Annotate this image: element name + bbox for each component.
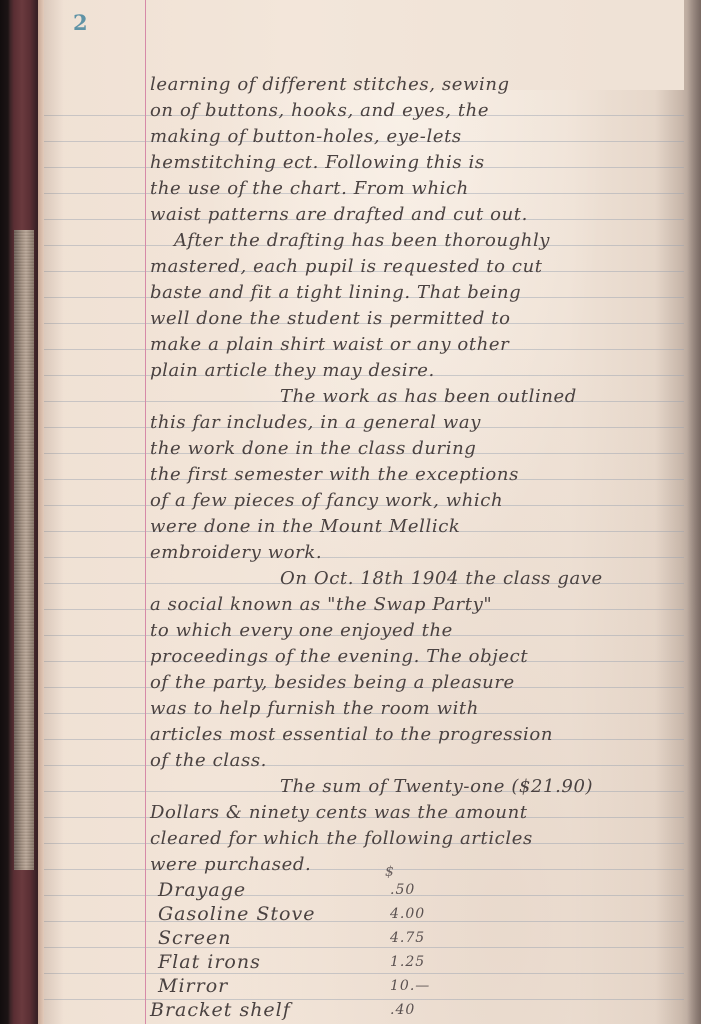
text-line: learning of different stitches, sewing <box>150 72 690 98</box>
ledger-amount: 4.75 <box>390 926 425 950</box>
text-line: cleared for which the following articles <box>150 826 690 852</box>
text-line: the first semester with the exceptions <box>150 462 690 488</box>
ledger-item: Flat irons <box>158 950 261 974</box>
text-line: baste and fit a tight lining. That being <box>150 280 690 306</box>
text-line: of the party, besides being a pleasure <box>150 670 690 696</box>
text-line: On Oct. 18th 1904 the class gave <box>150 566 690 592</box>
ledger-amount: .40 <box>390 998 415 1022</box>
text-line: of a few pieces of fancy work, which <box>150 488 690 514</box>
text-line: of the class. <box>150 748 690 774</box>
text-line: making of button-holes, eye-lets <box>150 124 690 150</box>
margin-line <box>145 0 146 1024</box>
text-line: this far includes, in a general way <box>150 410 690 436</box>
ledger-item: Mirror <box>158 974 228 998</box>
text-line: proceedings of the evening. The object <box>150 644 690 670</box>
ledger-row: Drayage .50 <box>150 878 450 902</box>
text-line: The sum of Twenty-one ($21.90) <box>150 774 690 800</box>
text-line: plain article they may desire. <box>150 358 690 384</box>
gutter-shadow <box>44 0 64 1024</box>
text-line: make a plain shirt waist or any other <box>150 332 690 358</box>
ledger-amount: 4.00 <box>390 902 425 926</box>
handwritten-text: learning of different stitches, sewing o… <box>150 72 690 878</box>
ledger-item: Gasoline Stove <box>158 902 315 926</box>
ledger-item: Drayage <box>158 878 246 902</box>
ledger-item: Screen <box>158 926 231 950</box>
text-line: was to help furnish the room with <box>150 696 690 722</box>
text-line: The work as has been outlined <box>150 384 690 410</box>
page-number: 2 <box>73 10 88 35</box>
text-line: were purchased. <box>150 852 690 878</box>
text-line: hemstitching ect. Following this is <box>150 150 690 176</box>
ledger-amount: 10.— <box>390 974 430 998</box>
ledger-row: Mirror 10.— <box>150 974 450 998</box>
text-line: the use of the chart. From which <box>150 176 690 202</box>
expense-ledger: $ Drayage .50 Gasoline Stove 4.00 Screen… <box>150 878 450 1022</box>
binding-cloth-spine <box>14 230 34 870</box>
ledger-item: Bracket shelf <box>150 998 291 1022</box>
notebook-page-photo: 2 learning of different stitches, sewing… <box>0 0 701 1024</box>
text-line: to which every one enjoyed the <box>150 618 690 644</box>
text-line: embroidery work. <box>150 540 690 566</box>
text-line: a social known as "the Swap Party" <box>150 592 690 618</box>
ledger-row: Screen 4.75 <box>150 926 450 950</box>
ledger-amount: .50 <box>390 878 415 902</box>
text-line: were done in the Mount Mellick <box>150 514 690 540</box>
ledger-amount: 1.25 <box>390 950 425 974</box>
ledger-row: Gasoline Stove 4.00 <box>150 902 450 926</box>
text-line: After the drafting has been thoroughly <box>150 228 690 254</box>
text-line: well done the student is permitted to <box>150 306 690 332</box>
text-line: mastered, each pupil is requested to cut <box>150 254 690 280</box>
text-line: Dollars & ninety cents was the amount <box>150 800 690 826</box>
text-line: the work done in the class during <box>150 436 690 462</box>
text-line: on of buttons, hooks, and eyes, the <box>150 98 690 124</box>
ledger-row: Flat irons 1.25 <box>150 950 450 974</box>
ledger-row: Bracket shelf .40 <box>150 998 450 1022</box>
text-line: articles most essential to the progressi… <box>150 722 690 748</box>
text-line: waist patterns are drafted and cut out. <box>150 202 690 228</box>
